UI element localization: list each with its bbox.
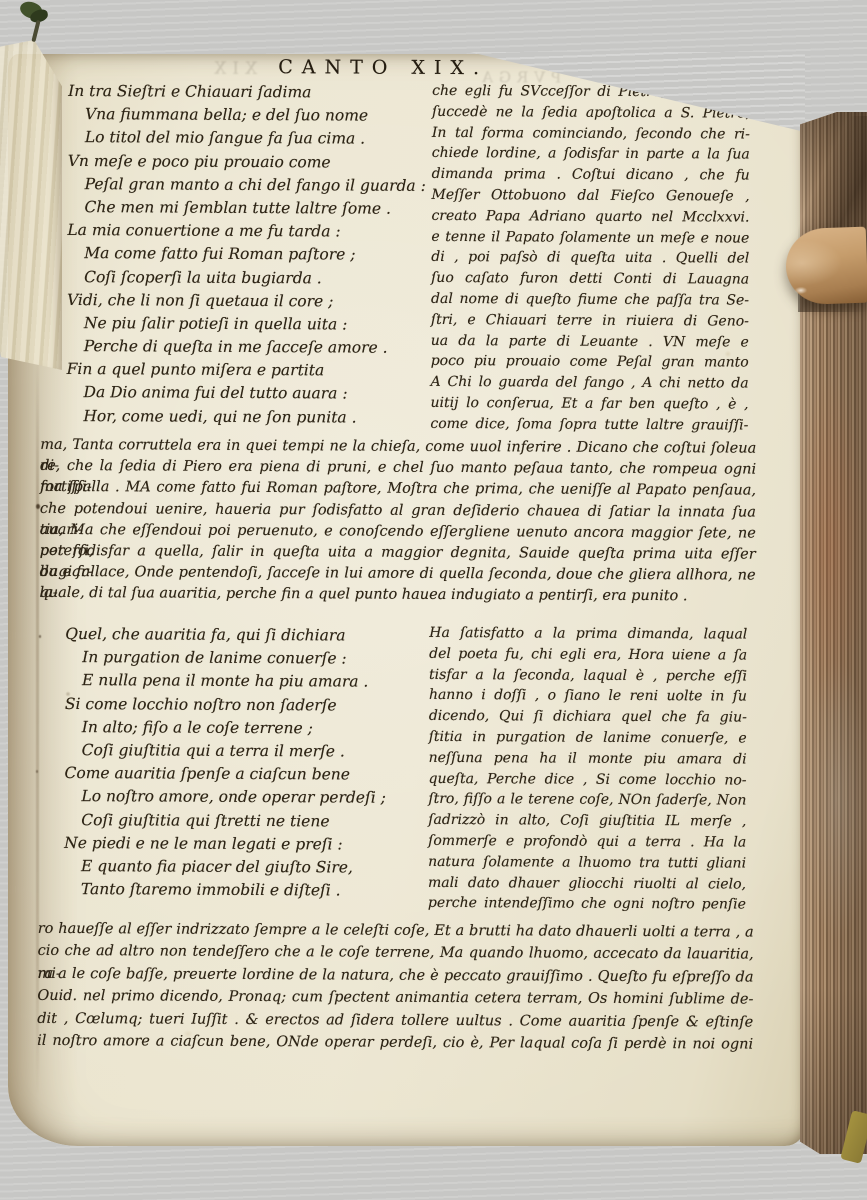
poem-line: La mia conuertione a me fu tarda : (67, 219, 435, 244)
commentary-line: e tenne il Papato ſolamente un meſe e no… (431, 226, 749, 248)
commentary-line: uitij lo conſerua, Et a far ben queſto ,… (430, 393, 748, 415)
commentary-line: ſommerſe e profondò qui a terra . Ha la (428, 831, 746, 853)
poem-line: In purgation de lanime conuerſe : (65, 646, 433, 671)
poem-line: Ne piu ſalir potieſi in quella uita : (67, 312, 435, 337)
commentary-column-top: che egli fu SVcceſſor di Pietro, cio è, … (430, 81, 750, 436)
show-through-text-left: XIX (208, 59, 257, 79)
poem-tercets-bottom: Quel, che auaritia fa, qui ſi dichiaraIn… (64, 623, 433, 903)
commentary-line: dal nome di queſto fiume che paſſa tra S… (431, 289, 749, 311)
commentary-line: poco piu prouaio come Peſal gran manto (431, 351, 749, 373)
poem-tercets-top: In tra Sieſtri e Chiauari ſadimaVna fium… (66, 80, 436, 430)
commentary-line: In tal forma cominciando, ſecondo che ri… (432, 122, 750, 144)
commentary-full-width-2: ro haueſſe al eſſer indrizzato ſempre a … (37, 918, 754, 1056)
commentary-line: natura ſolamente a lhuomo tra tutti glia… (428, 852, 746, 874)
poem-line: Come auaritia ſpenſe a ciaſcun bene (64, 762, 432, 787)
commentary-line: tisfar a la ſeconda, laqual è , perche e… (429, 664, 747, 686)
commentary-line: neſſuna pena ha il monte piu amara di (429, 748, 747, 770)
commentary-full-width-1: ma, Tanta corruttela era in quei tempi n… (39, 435, 756, 608)
stacked-page-edges-left (0, 40, 62, 370)
poem-line: Che men mi ſemblan tutte laltre ſome . (67, 196, 435, 221)
poem-line: Coſi ſcoperſi la uita bugiarda . (67, 265, 435, 290)
poem-line: E nulla pena il monte ha piu amara . (65, 669, 433, 694)
commentary-line: del poeta fu, chi egli era, Hora uiene a… (429, 644, 747, 666)
poem-line: In tra Sieſtri e Chiauari ſadima (68, 80, 436, 105)
commentary-line: dimanda prima . Coſtui dicano , che fu (432, 164, 750, 186)
poem-line: Si come locchio noſtro non ſaderſe (65, 693, 433, 718)
commentary-line: chiede lordine, a ſodisfar in parte a la… (432, 143, 750, 165)
commentary-line: mali dato dhauer gliocchi riuolti al cie… (428, 872, 746, 894)
commentary-line: hanno i doſſi , o ſiano le reni uolte in… (429, 685, 747, 707)
poem-line: Peſal gran manto a chi del fango il guar… (68, 173, 436, 198)
poem-line: Da Dio anima fui del tutto auara : (66, 381, 434, 406)
commentary-line: Ha ſatisfatto a la prima dimanda, laqual (429, 623, 747, 645)
commentary-line: Meſſer Ottobuono dal Fieſco Genoueſe , (432, 185, 750, 207)
poem-line: Lo titol del mio ſangue fa ſua cima . (68, 126, 436, 151)
poem-line: Ne piedi e ne le man legati e preſi : (64, 832, 432, 857)
book-page: XIX CANTO XIX. PVRGA In tra Sieſtri e Ch… (8, 54, 805, 1146)
poem-line: Vna fiummana bella; e del ſuo nome (68, 103, 436, 128)
commentary-line: come dice, ſoma ſopra tutte laltre graui… (430, 414, 748, 436)
poem-line: In alto; fiſo a le coſe terrene ; (65, 716, 433, 741)
poem-line: Vidi, che li non ſi quetaua il core ; (67, 289, 435, 314)
commentary-line: ſuo caſato furon detti Conti di Lauagna (431, 268, 749, 290)
commentary-line: ſtro, fiſſo a le terene coſe, NOn ſaderſ… (428, 789, 746, 811)
poem-line: Coſi giuſtitia qui ſtretti ne tiene (64, 808, 432, 833)
poem-line: Lo noſtro amore, onde operar perdeſi ; (64, 785, 432, 810)
commentary-line: quale, di tal ſua auaritia, perche fin a… (39, 583, 755, 608)
commentary-line: creato Papa Adriano quarto nel Mcclxxvi. (431, 206, 749, 228)
page-title: CANTO XIX. (278, 56, 488, 79)
wooden-page-holder (785, 227, 867, 306)
commentary-line: il noſtro amore a ciaſcun bene, ONde ope… (37, 1030, 753, 1056)
commentary-line: A Chi lo guarda del fango , A chi netto … (431, 372, 749, 394)
commentary-line: Ouid. nel primo dicendo, Pronaq; cum ſpe… (37, 985, 753, 1011)
commentary-line: dicendo, Qui ſi dichiara quel che fa giu… (429, 706, 747, 728)
commentary-line: ſtitia in purgation de lanime conuerſe, … (429, 727, 747, 749)
poem-line: E quanto fia piacer del giuſto Sire, (64, 855, 432, 880)
page-content: XIX CANTO XIX. PVRGA In tra Sieſtri e Ch… (3, 54, 806, 1150)
poem-line: Ma come fatto fui Roman paſtore ; (67, 242, 435, 267)
commentary-line: perche intendeſſimo che ogni noſtro penſ… (428, 893, 746, 915)
bookmark-tassel (14, 0, 50, 46)
commentary-line: ſtri, e Chiauari terre in riuiera di Gen… (431, 310, 749, 332)
poem-line: Tanto ſtaremo immobili e diſteſi . (64, 878, 432, 903)
poem-line: Quel, che auaritia fa, qui ſi dichiara (65, 623, 433, 648)
commentary-line: ſadrizzò in alto, Coſi giuſtitia IL merſ… (428, 810, 746, 832)
photo-backdrop: XIX CANTO XIX. PVRGA In tra Sieſtri e Ch… (0, 0, 867, 1200)
poem-line: Fin a quel punto miſera e partita (67, 358, 435, 383)
poem-line: Vn meſe e poco piu prouaio come (68, 150, 436, 175)
commentary-line: ua da la parte di Leuante . VN meſe e (431, 330, 749, 352)
poem-line: Hor, come uedi, qui ne ſon punita . (66, 405, 434, 430)
commentary-line: queſta, Perche dice , Si come locchio no… (428, 768, 746, 790)
commentary-line: di , poi paſsò di queſta uita . Quelli d… (431, 247, 749, 269)
poem-line: Coſi giuſtitia qui a terra il merſe . (65, 739, 433, 764)
commentary-column-bottom: Ha ſatisfatto a la prima dimanda, laqual… (428, 623, 748, 916)
poem-line: Perche di queſta in me ſacceſe amore . (67, 335, 435, 360)
